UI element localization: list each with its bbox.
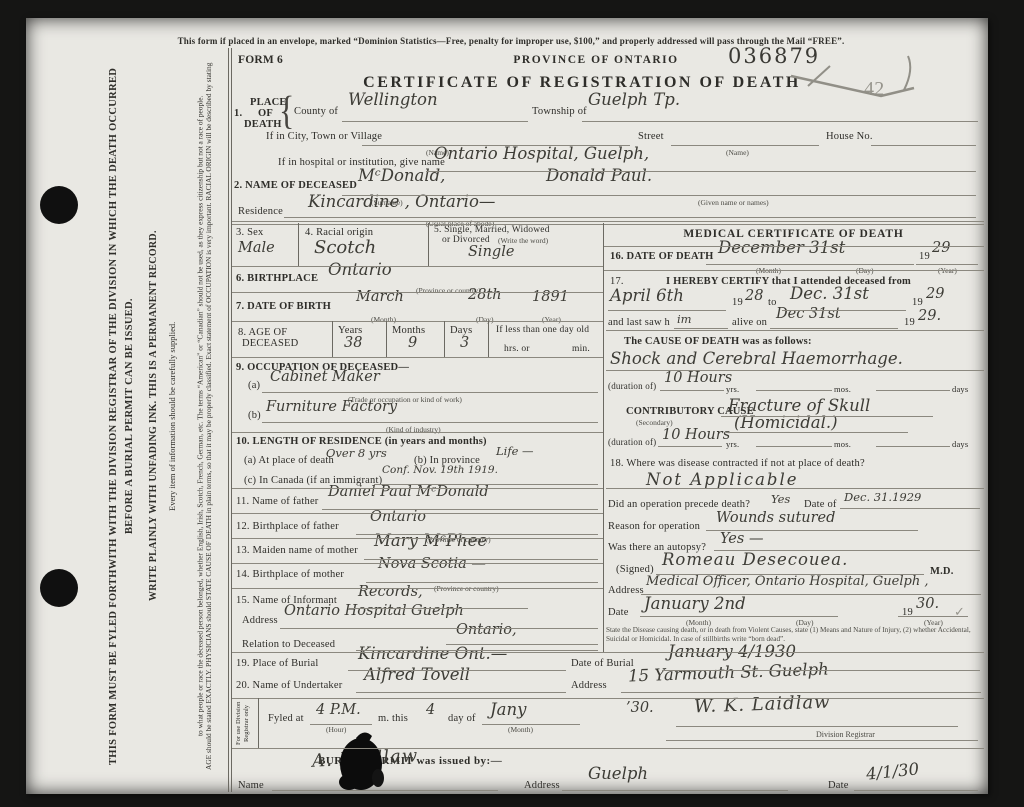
rule-line <box>603 270 984 271</box>
deceased-given-value: Donald Paul. <box>546 166 652 185</box>
rule-line <box>676 726 958 727</box>
duration2-mos: mos. <box>834 439 851 449</box>
certificate-year-value: 30. <box>916 596 939 612</box>
rule-line <box>562 790 788 791</box>
sex-value: Male <box>238 240 275 256</box>
rule-line <box>280 628 598 629</box>
rule-line <box>232 563 603 564</box>
rule-line <box>232 538 603 539</box>
rule-line <box>348 670 566 671</box>
form-number: FORM 6 <box>238 54 283 66</box>
rule-line <box>348 608 528 609</box>
province-heading: PROVINCE OF ONTARIO <box>496 54 696 66</box>
rule-line <box>262 392 598 393</box>
last-saw-date-value: Dec 31st <box>776 306 841 322</box>
marital-value: Single <box>468 244 514 260</box>
rule-line <box>582 121 978 122</box>
rule-line <box>871 145 976 146</box>
attended-to-value: Dec. 31st <box>790 284 869 303</box>
md-label: M.D. <box>930 566 954 577</box>
min-label: min. <box>572 344 590 354</box>
divider-line <box>231 48 232 792</box>
last-year-value: 29. <box>918 308 941 324</box>
rule-line <box>876 390 950 391</box>
division-registrar-label: Division Registrar <box>816 730 875 739</box>
contracted-label: 18. Where was disease contracted if not … <box>610 458 865 469</box>
dob-label: 7. DATE OF BIRTH <box>236 301 331 312</box>
pencil-check-mark: ✓ <box>954 604 965 620</box>
duration2-label: (duration of) <box>608 437 656 447</box>
less-than-day-label: If less than one day old <box>496 325 589 335</box>
punch-hole-top <box>40 186 78 224</box>
undertaker-label: 20. Name of Undertaker <box>236 680 342 691</box>
rule-line <box>356 650 598 651</box>
duration2-value: 10 Hours <box>662 427 730 443</box>
undertaker-address-value: 15 Yarmouth St. Guelph <box>628 660 829 686</box>
fyled-month-hint: (Month) <box>508 725 533 734</box>
rule-line <box>374 484 598 485</box>
duration1-mos: mos. <box>834 384 851 394</box>
sidebar-instruction-filing: THIS FORM MUST BE FYLED FORTHWITH WITH T… <box>106 60 142 772</box>
rule-line <box>721 416 933 417</box>
rule-line <box>674 328 728 329</box>
physician-address-value: Medical Officer, Ontario Hospital, Guelp… <box>646 574 928 589</box>
residence-a-label: (a) At place of death <box>244 455 334 466</box>
to-year-printed: 19 <box>912 297 923 308</box>
dob-day-value: 28th <box>468 287 502 303</box>
divider-line <box>428 223 429 266</box>
dob-month-hint: (Month) <box>371 315 396 324</box>
rule-line <box>666 740 978 741</box>
place-label-3: DEATH <box>244 119 282 130</box>
duration1-value: 10 Hours <box>664 370 732 386</box>
township-label: Township of <box>532 106 587 117</box>
duration1-days: days <box>952 384 968 394</box>
dod-value: December 31st <box>718 238 845 257</box>
rule-line <box>606 488 984 489</box>
sidebar-instruction-ink: WRITE PLAINLY WITH UNFADING INK. THIS IS… <box>148 60 163 772</box>
divider-line <box>258 698 259 748</box>
reason-label: Reason for operation <box>608 521 700 532</box>
divider-line <box>386 321 387 357</box>
rule-line <box>706 530 918 531</box>
dod-year-printed: 19 <box>919 251 930 262</box>
rule-line <box>916 264 978 265</box>
rule-line <box>641 594 981 595</box>
divider-line <box>332 321 333 357</box>
rule-line <box>364 559 598 560</box>
operation-label: Did an operation precede death? <box>608 499 750 510</box>
rule-line <box>310 724 372 725</box>
rule-line <box>232 224 984 225</box>
punch-hole-bottom <box>40 569 78 607</box>
rule-line <box>362 145 630 146</box>
rule-line <box>876 446 950 447</box>
divider-line <box>444 321 445 357</box>
rule-line <box>782 310 906 311</box>
age-years-value: 38 <box>344 335 362 351</box>
sidebar-instruction-age: AGE should be stated EXACTLY. PHYSICIANS… <box>182 60 214 772</box>
rule-line <box>660 390 724 391</box>
occupation-b-label: (b) <box>248 410 261 421</box>
rule-line <box>770 328 898 329</box>
township-value: Guelph Tp. <box>588 90 680 109</box>
divider-line <box>488 321 489 357</box>
burial-place-value: Kincardine Ont.— <box>358 644 507 663</box>
rule-line <box>840 508 980 509</box>
house-no-label: House No. <box>826 131 873 142</box>
permit-date-label: Date <box>828 780 849 791</box>
rule-line <box>262 422 598 423</box>
father-birthplace-label: 12. Birthplace of father <box>236 521 339 532</box>
rule-line <box>272 790 498 791</box>
from-year-value: 28 <box>745 288 763 304</box>
rule-line <box>232 698 984 699</box>
occupation-a-value: Cabinet Maker <box>270 369 380 385</box>
reason-value: Wounds sutured <box>716 510 835 526</box>
fyled-month-value: Jany <box>490 700 526 719</box>
rule-line <box>232 652 984 653</box>
residence-b-value: Life — <box>496 444 534 458</box>
rule-line <box>284 217 976 218</box>
dob-day-hint: (Day) <box>476 315 494 324</box>
rule-line <box>356 534 598 535</box>
cause-value: Shock and Cerebral Haemorrhage. <box>610 349 903 368</box>
physician-signature: Romeau Desecouea. <box>662 550 848 569</box>
mother-birthplace-label: 14. Birthplace of mother <box>236 569 344 580</box>
last-saw-label-1: and last saw h <box>608 317 670 328</box>
fyled-day-of-label: day of <box>448 713 476 724</box>
father-value: Daniel Paul MᶜDonald <box>328 484 489 500</box>
rule-line <box>756 446 832 447</box>
certify-text: I HEREBY CERTIFY that I attended decease… <box>666 276 911 287</box>
rule-line <box>322 509 598 510</box>
city-label: If in City, Town or Village <box>266 131 382 142</box>
fyled-day-value: 4 <box>426 702 435 718</box>
to-year-value: 29 <box>926 286 944 302</box>
permit-date-value: 4/1/30 <box>865 759 920 783</box>
birthplace-value: Ontario <box>328 260 392 279</box>
fyled-hour-value: 4 P.M. <box>316 702 361 718</box>
permit-address-value: Guelph <box>588 764 648 783</box>
residence-note-value: Conf. Nov. 19th 1919. <box>382 464 498 476</box>
certificate-paper: This form if placed in an envelope, mark… <box>26 18 988 794</box>
father-birthplace-value: Ontario <box>370 509 426 525</box>
cause-label: The CAUSE OF DEATH was as follows: <box>624 336 812 347</box>
ink-blot <box>316 726 406 796</box>
autopsy-value: Yes — <box>720 531 763 547</box>
age-days-value: 3 <box>460 335 469 351</box>
age-months-value: 9 <box>408 335 417 351</box>
marital-label-1: 5. Single, Married, Widowed <box>434 225 550 235</box>
undertaker-address-label: Address <box>571 680 607 691</box>
rule-line <box>232 221 984 222</box>
rule-line <box>232 513 603 514</box>
fyled-m-this-label: m. this <box>378 713 408 724</box>
certificate-date-value: January 2nd <box>644 594 746 613</box>
rule-line <box>232 488 603 489</box>
informant-value: Records, <box>358 584 423 600</box>
county-value: Wellington <box>348 90 438 109</box>
dod-label: 16. DATE OF DEATH <box>610 251 714 262</box>
dod-year-value: 29 <box>932 240 950 256</box>
rule-line <box>606 370 984 371</box>
street-label: Street <box>638 131 664 142</box>
scanned-death-certificate: This form if placed in an envelope, mark… <box>0 0 1024 807</box>
operation-date-value: Dec. 31.1929 <box>844 490 921 504</box>
rule-line <box>606 330 984 331</box>
from-year-printed: 19 <box>732 297 743 308</box>
street-name-hint: (Name) <box>726 148 749 157</box>
divider-line <box>298 223 299 266</box>
rule-line <box>608 310 726 311</box>
rule-line <box>898 616 968 617</box>
undertaker-value: Alfred Tovell <box>364 665 470 684</box>
rule-line <box>356 692 566 693</box>
rule-line <box>232 292 603 293</box>
division-registrar-signature: W. K. Laidlaw <box>694 692 831 718</box>
rule-line <box>662 670 980 671</box>
rule-line <box>603 246 984 247</box>
informant-address-value2: Ontario, <box>456 622 517 638</box>
sidebar-instruction-items: Every item of information should be care… <box>167 60 179 772</box>
operation-date-label: Date of <box>804 499 837 510</box>
rule-line <box>232 588 603 589</box>
rule-line <box>854 790 978 791</box>
residence-label: Residence <box>238 206 283 217</box>
permit-address-label: Address <box>524 780 560 791</box>
divider-line <box>228 48 229 792</box>
rule-line <box>726 432 908 433</box>
deceased-name-label: 2. NAME OF DECEASED <box>234 180 357 191</box>
county-label: County of <box>294 106 338 117</box>
contributory-hint: (Secondary) <box>636 418 673 427</box>
racial-origin-value: Scotch <box>314 237 376 258</box>
registrar-use-side-label: For use Division Registrar only <box>235 700 259 746</box>
rule-line <box>342 195 976 196</box>
rule-line <box>640 616 838 617</box>
informant-address-label: Address <box>242 615 278 626</box>
deceased-surname-value: MᶜDonald, <box>358 166 445 185</box>
rule-line <box>342 121 528 122</box>
informant-address-value: Ontario Hospital Guelph <box>284 603 464 619</box>
father-label: 11. Name of father <box>236 496 319 507</box>
fyled-at-label: Fyled at <box>268 713 304 724</box>
birthplace-label: 6. BIRTHPLACE <box>236 273 318 284</box>
rule-line <box>621 692 981 693</box>
rule-line <box>426 171 976 172</box>
rule-line <box>232 748 984 749</box>
attended-from-value: April 6th <box>610 286 684 305</box>
duration1-yrs: yrs. <box>726 384 739 394</box>
relation-label: Relation to Deceased <box>242 639 335 650</box>
duration2-days: days <box>952 439 968 449</box>
occupation-b-value: Furniture Factory <box>266 399 397 415</box>
rule-line <box>232 321 603 322</box>
fyled-year-value: ’30. <box>626 700 654 716</box>
place-brace: { <box>279 87 295 133</box>
rule-line <box>658 446 722 447</box>
last-saw-label-2: alive on <box>732 317 767 328</box>
place-label-2: OF <box>258 108 273 119</box>
rule-line <box>671 145 819 146</box>
rule-line <box>232 432 603 433</box>
occupation-a-label: (a) <box>248 380 260 391</box>
mother-label: 13. Maiden name of mother <box>236 545 358 556</box>
burial-place-label: 19. Place of Burial <box>236 658 319 669</box>
rule-line <box>232 266 603 267</box>
permit-name-label: Name <box>238 780 264 791</box>
duration1-label: (duration of) <box>608 381 656 391</box>
rule-line <box>714 550 980 551</box>
last-year-printed: 19 <box>904 317 915 328</box>
rule-line <box>656 574 924 575</box>
divider-line <box>603 223 604 652</box>
hrs-label: hrs. or <box>504 344 530 354</box>
rule-line <box>706 264 914 265</box>
contracted-value: Not Applicable <box>646 470 799 489</box>
operation-value: Yes <box>771 492 790 506</box>
rule-line <box>232 357 603 358</box>
place-number: 1. <box>234 108 242 119</box>
rule-line <box>756 390 832 391</box>
pencil-scribble <box>786 48 946 108</box>
rule-line <box>366 582 598 583</box>
burial-date-label: Date of Burial <box>571 658 634 669</box>
dob-year-hint: (Year) <box>542 315 561 324</box>
age-label-1: 8. AGE OF <box>238 327 287 338</box>
age-label-2: DECEASED <box>242 338 298 349</box>
duration2-yrs: yrs. <box>726 439 739 449</box>
physician-address-label: Address <box>608 585 644 596</box>
given-name-hint: (Given name or names) <box>698 198 769 207</box>
sex-label: 3. Sex <box>236 227 263 238</box>
rule-line <box>446 644 598 645</box>
last-saw-him-value: im <box>677 312 692 326</box>
certificate-date-label: Date <box>608 607 629 618</box>
hospital-value: Ontario Hospital, Guelph, <box>434 144 649 163</box>
rule-line <box>482 724 580 725</box>
residence-a-value: Over 8 yrs <box>326 446 387 460</box>
